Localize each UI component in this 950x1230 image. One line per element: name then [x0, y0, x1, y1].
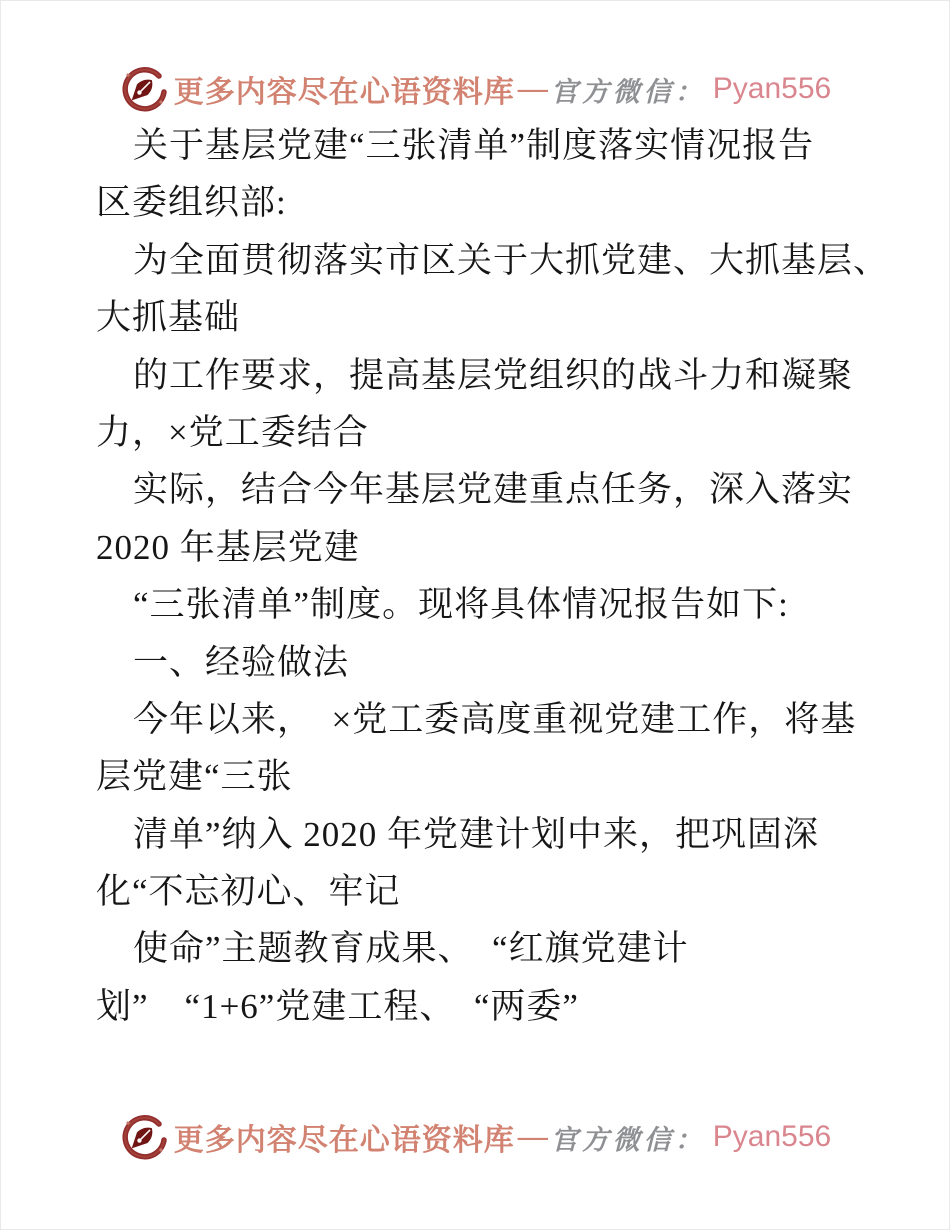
pen-nib-swirl-icon: [119, 65, 167, 113]
watermark-brand-text: 更多内容尽在心语资料库: [174, 67, 515, 111]
text-line: 力，×党工委结合: [96, 404, 886, 461]
watermark-footer: 更多内容尽在心语资料库—官方微信： Pyan556: [1, 1113, 949, 1161]
text-line: 大抓基础: [96, 289, 886, 346]
watermark-wechat-label: 官方微信：: [551, 70, 706, 109]
text-line: 的工作要求，提高基层党组织的战斗力和凝聚: [96, 347, 886, 404]
watermark-wechat-label: 官方微信：: [551, 1118, 706, 1157]
document-title: 关于基层党建“三张清单”制度落实情况报告: [96, 117, 886, 174]
text-line: 今年以来， ×党工委高度重视党建工作，将基: [96, 691, 886, 748]
document-body: 关于基层党建“三张清单”制度落实情况报告 区委组织部:为全面贯彻落实市区关于大抓…: [96, 117, 886, 1035]
text-line: 实际，结合今年基层党建重点任务，深入落实: [96, 461, 886, 518]
text-line: “三张清单”制度。现将具体情况报告如下:: [96, 576, 886, 633]
watermark-header: 更多内容尽在心语资料库—官方微信： Pyan556: [1, 65, 949, 113]
text-line: 化“不忘初心、牢记: [96, 863, 886, 920]
watermark-wechat-account: Pyan556: [713, 72, 831, 106]
text-line: 区委组织部:: [96, 174, 886, 231]
text-line: 为全面贯彻落实市区关于大抓党建、大抓基层、: [96, 232, 886, 289]
text-line: 一、经验做法: [96, 634, 886, 691]
document-page: 更多内容尽在心语资料库—官方微信： Pyan556 关于基层党建“三张清单”制度…: [0, 0, 950, 1230]
text-line: 2020 年基层党建: [96, 519, 886, 576]
watermark-dash: —: [518, 1120, 548, 1154]
watermark-dash: —: [518, 72, 548, 106]
text-line: 使命”主题教育成果、 “红旗党建计: [96, 920, 886, 977]
watermark-wechat-account: Pyan556: [713, 1120, 831, 1154]
text-line: 清单”纳入 2020 年党建计划中来，把巩固深: [96, 806, 886, 863]
watermark-brand-text: 更多内容尽在心语资料库: [174, 1115, 515, 1159]
pen-nib-swirl-icon: [119, 1113, 167, 1161]
text-line: 层党建“三张: [96, 748, 886, 805]
text-line: 划” “1+6”党建工程、 “两委”: [96, 978, 886, 1035]
